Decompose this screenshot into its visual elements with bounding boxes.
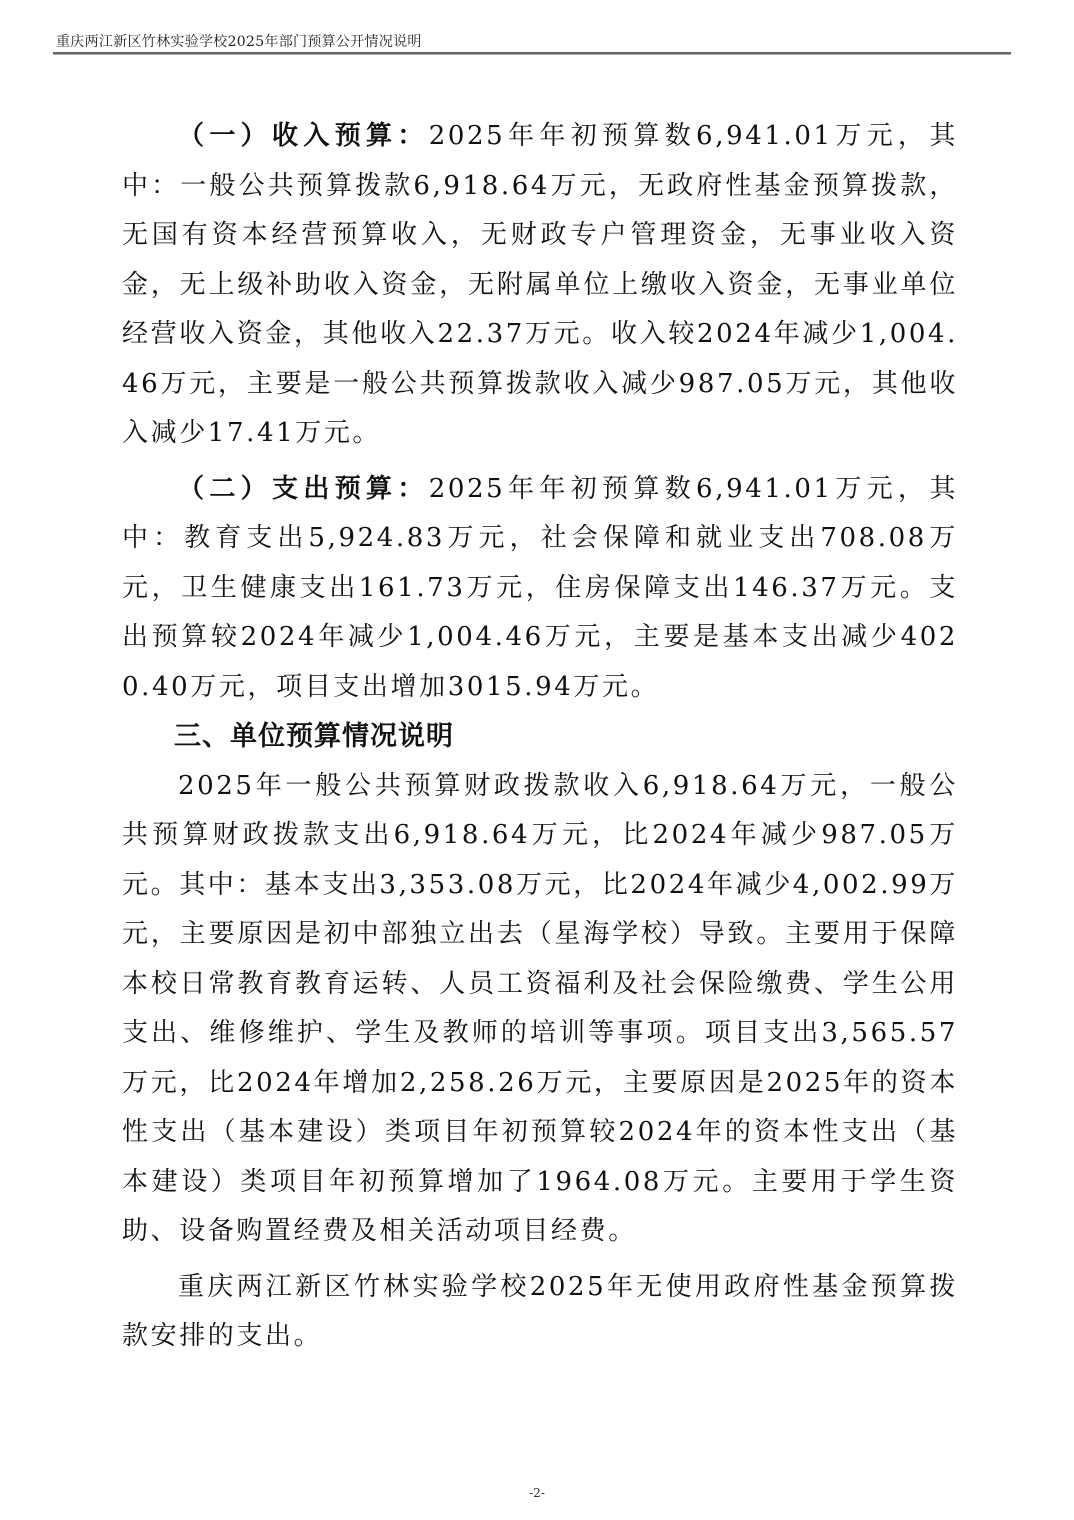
unit-budget-paragraph-1: 2025年一般公共预算财政拨款收入6,918.64万元，一般公共预算财政拨款支出… (122, 762, 958, 1257)
expenditure-budget-paragraph: （二）支出预算：2025年年初预算数6,941.01万元，其中：教育支出5,92… (122, 465, 958, 713)
expenditure-budget-lead: （二）支出预算： (178, 474, 429, 504)
expenditure-budget-text: 2025年年初预算数6,941.01万元，其中：教育支出5,924.83万元，社… (122, 474, 958, 702)
document-body: （一）收入预算：2025年年初预算数6,941.01万元，其中：一般公共预算拨款… (122, 112, 958, 1362)
section-heading-unit-budget: 三、单位预算情况说明 (122, 712, 958, 762)
income-budget-paragraph: （一）收入预算：2025年年初预算数6,941.01万元，其中：一般公共预算拨款… (122, 112, 958, 459)
page-number: -2- (0, 1486, 1074, 1500)
income-budget-text: 2025年年初预算数6,941.01万元，其中：一般公共预算拨款6,918.64… (122, 121, 958, 448)
header-rule (53, 52, 1011, 55)
page-header: 重庆两江新区竹林实验学校2025年部门预算公开情况说明 (56, 30, 1011, 56)
income-budget-lead: （一）收入预算： (178, 121, 429, 151)
unit-budget-paragraph-2: 重庆两江新区竹林实验学校2025年无使用政府性基金预算拨款安排的支出。 (122, 1263, 958, 1362)
document-running-title: 重庆两江新区竹林实验学校2025年部门预算公开情况说明 (56, 31, 422, 51)
